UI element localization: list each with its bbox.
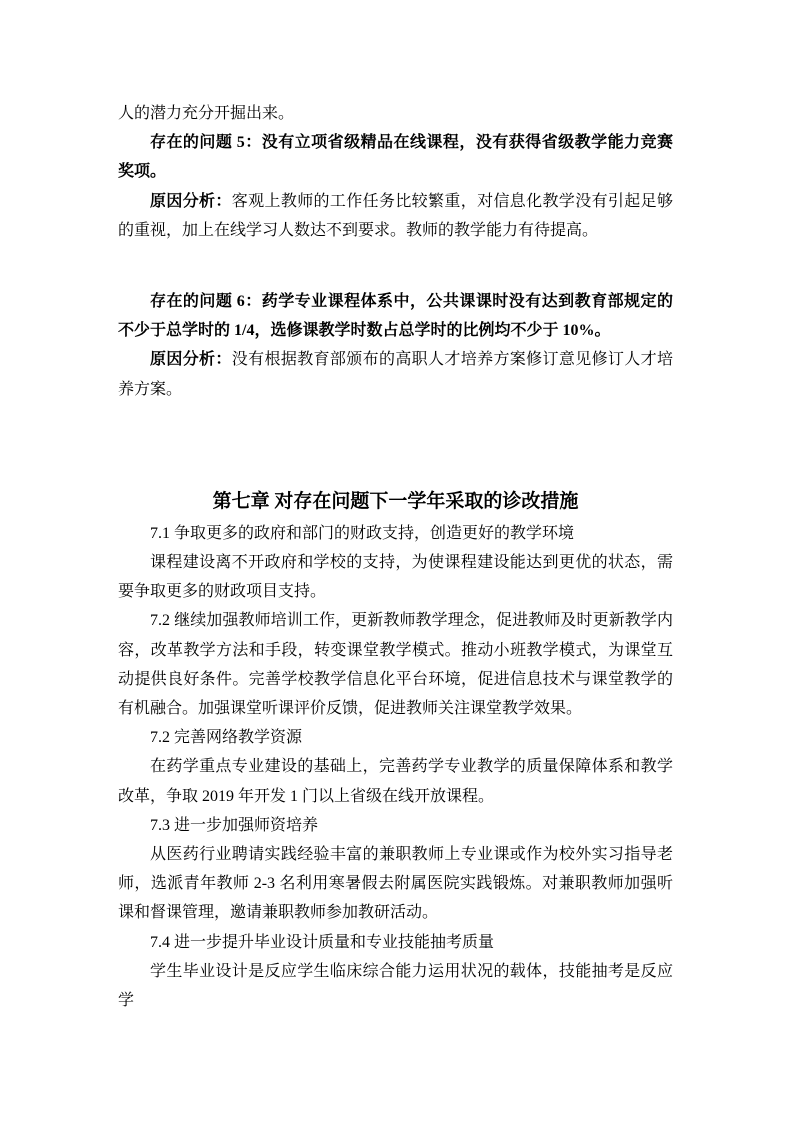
paragraph-continuation: 人的潜力充分开掘出来。 xyxy=(118,99,673,128)
cause-6-label: 原因分析： xyxy=(150,351,232,368)
paragraph-problem-5: 存在的问题 5：没有立项省级精品在线课程，没有获得省级教学能力竞赛奖项。 xyxy=(118,128,673,186)
paragraph-cause-5: 原因分析：客观上教师的工作任务比较繁重，对信息化教学没有引起足够的重视，加上在线… xyxy=(118,187,673,245)
document-page: 人的潜力充分开掘出来。 存在的问题 5：没有立项省级精品在线课程，没有获得省级教… xyxy=(0,0,793,1122)
section-7-4-body: 学生毕业设计是反应学生临床综合能力运用状况的载体，技能抽考是反应学 xyxy=(118,957,673,1015)
section-7-2-continue-body: 7.2 继续加强教师培训工作，更新教师教学理念，促进教师及时更新教学内容，改革教… xyxy=(118,606,673,723)
cause-5-label: 原因分析： xyxy=(150,193,232,210)
section-7-3-body: 从医药行业聘请实践经验丰富的兼职教师上专业课或作为校外实习指导老师，选派青年教师… xyxy=(118,840,673,928)
paragraph-cause-6: 原因分析：没有根据教育部颁布的高职人才培养方案修订意见修订人才培养方案。 xyxy=(118,345,673,403)
section-7-2-network-heading: 7.2 完善网络教学资源 xyxy=(118,723,673,752)
document-content: 人的潜力充分开掘出来。 存在的问题 5：没有立项省级精品在线课程，没有获得省级教… xyxy=(118,99,673,1015)
section-7-3-heading: 7.3 进一步加强师资培养 xyxy=(118,811,673,840)
section-7-4-heading: 7.4 进一步提升毕业设计质量和专业技能抽考质量 xyxy=(118,928,673,957)
section-7-2-network-body: 在药学重点专业建设的基础上，完善药学专业教学的质量保障体系和教学改革，争取 20… xyxy=(118,752,673,810)
section-7-1-body: 课程建设离不开政府和学校的支持，为使课程建设能达到更优的状态，需要争取更多的财政… xyxy=(118,548,673,606)
paragraph-problem-6: 存在的问题 6：药学专业课程体系中，公共课课时没有达到教育部规定的不少于总学时的… xyxy=(118,287,673,345)
section-7-1-heading: 7.1 争取更多的政府和部门的财政支持，创造更好的教学环境 xyxy=(118,519,673,548)
chapter-7-title: 第七章 对存在问题下一学年采取的诊改措施 xyxy=(118,484,673,519)
